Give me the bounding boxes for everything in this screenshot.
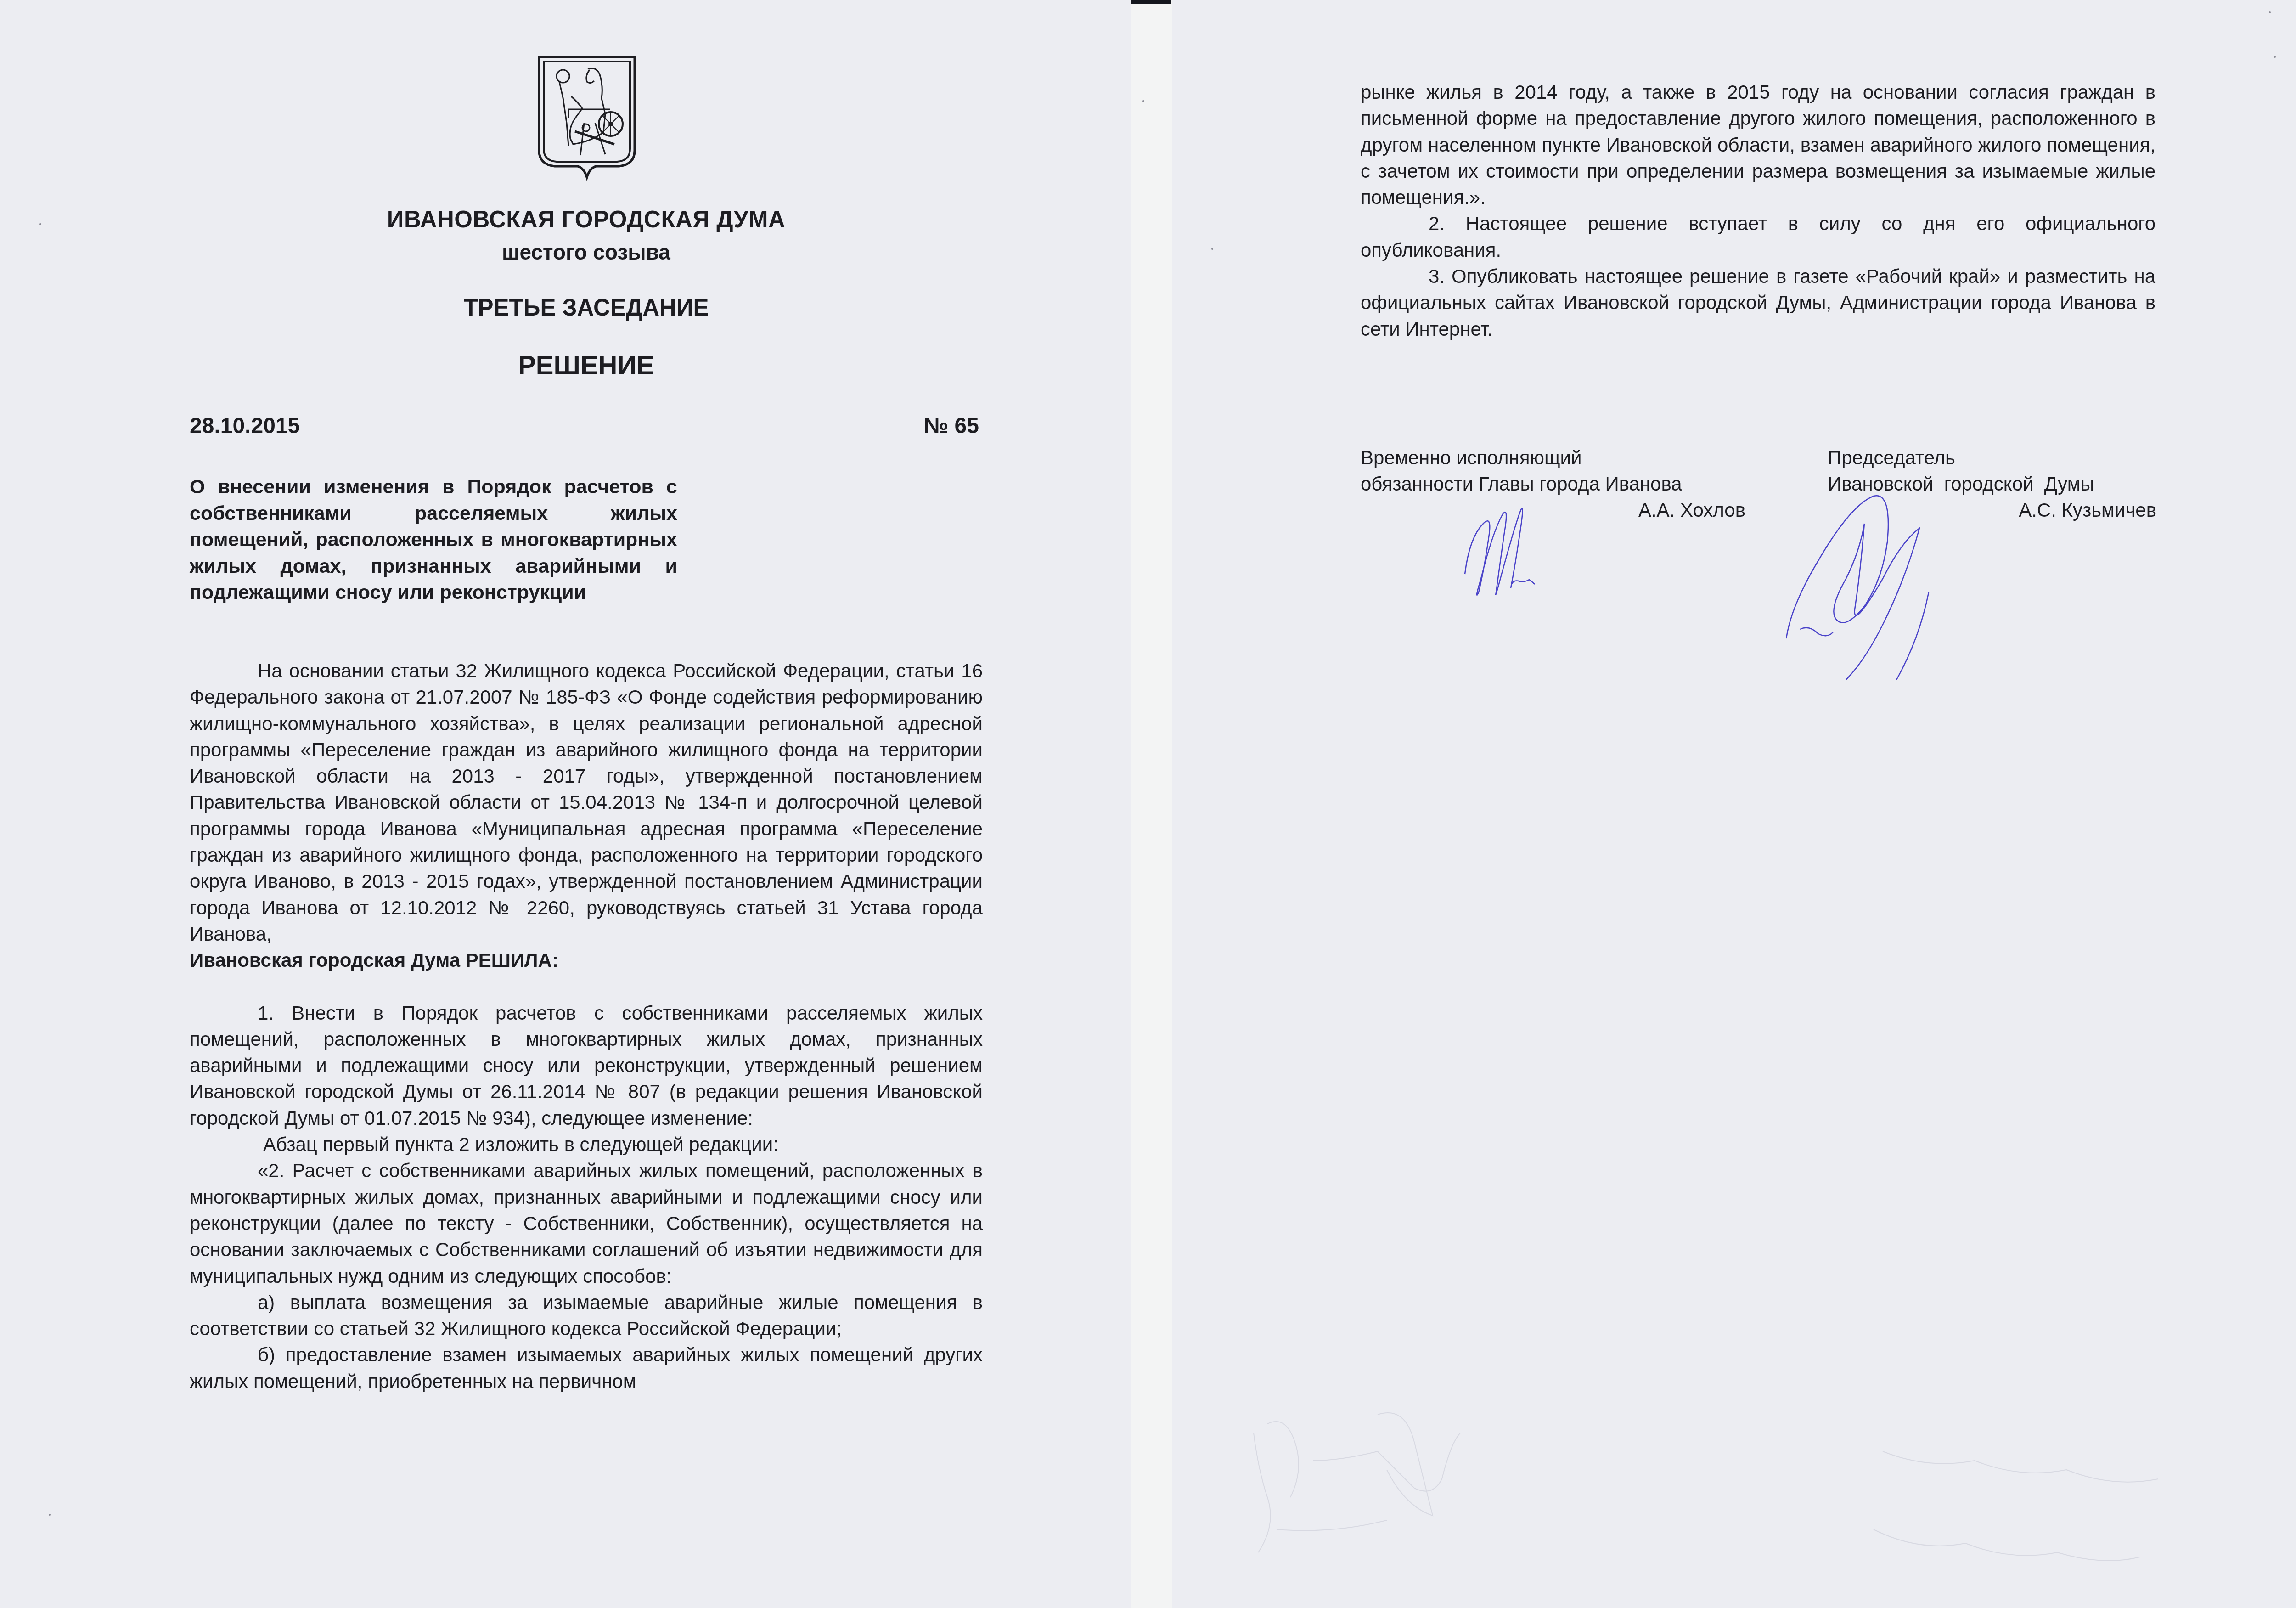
scan-speck	[2274, 56, 2276, 58]
option-a-paragraph: а) выплата возмещения за изымаемые авари…	[190, 1289, 983, 1342]
signatory-title-line1: Временно исполняющий	[1361, 445, 1745, 471]
left-page-body: На основании статьи 32 Жилищного кодекса…	[190, 658, 983, 1394]
option-b-paragraph-start: б) предоставление взамен изымаемых авари…	[190, 1342, 983, 1394]
signatory-title-line2: обязанности Главы города Иванова	[1361, 471, 1745, 497]
decision-date: 28.10.2015	[190, 413, 300, 439]
handwritten-signature-icon	[1460, 501, 1580, 602]
item-1-sub-paragraph: Абзац первый пункта 2 изложить в следующ…	[190, 1131, 983, 1157]
item-1-paragraph: 1. Внести в Порядок расчетов с собственн…	[190, 1000, 983, 1131]
decision-subject: О внесении изменения в Порядок расчетов …	[190, 474, 677, 606]
convocation-subtitle: шестого созыва	[190, 240, 983, 265]
handwritten-signature-icon	[1782, 487, 1984, 689]
item-3-paragraph: 3. Опубликовать настоящее решение в газе…	[1361, 263, 2155, 342]
resolved-statement: Ивановская городская Дума РЕШИЛА:	[190, 947, 983, 973]
organization-title: ИВАНОВСКАЯ ГОРОДСКАЯ ДУМА	[190, 206, 983, 233]
session-title: ТРЕТЬЕ ЗАСЕДАНИЕ	[190, 294, 983, 321]
quoted-item-2-paragraph: «2. Расчет с собственниками аварийных жи…	[190, 1157, 983, 1289]
bleed-through-marks	[1240, 1378, 2296, 1598]
scanner-edge	[1131, 0, 1171, 4]
document-type-title: РЕШЕНИЕ	[190, 350, 983, 381]
decision-number: № 65	[872, 413, 979, 439]
signatory-title-line1: Председатель	[1828, 445, 2156, 471]
scan-speck	[1142, 100, 1144, 102]
option-b-paragraph-end: рынке жилья в 2014 году, а также в 2015 …	[1361, 79, 2155, 210]
scan-speck	[39, 223, 41, 225]
right-page-body: рынке жилья в 2014 году, а также в 2015 …	[1361, 79, 2155, 342]
ivanovo-coat-of-arms-icon	[536, 54, 637, 181]
page-gutter	[1131, 0, 1172, 1608]
scan-speck	[2269, 11, 2271, 13]
preamble-paragraph: На основании статьи 32 Жилищного кодекса…	[190, 658, 983, 947]
item-2-paragraph: 2. Настоящее решение вступает в силу со …	[1361, 210, 2155, 263]
scan-speck	[1211, 248, 1213, 250]
scan-speck	[49, 1514, 51, 1516]
